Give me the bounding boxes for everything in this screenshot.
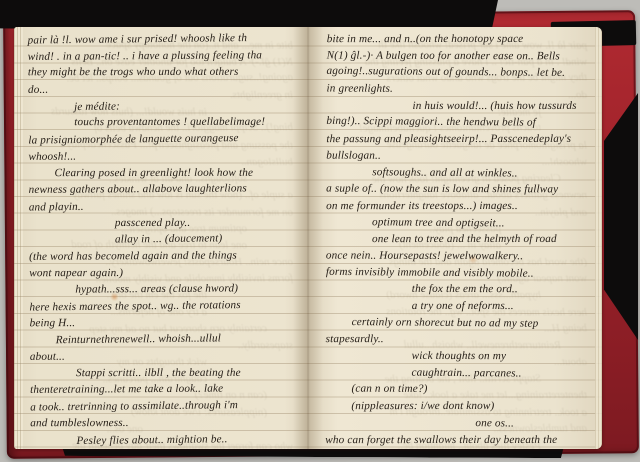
handwriting-line: once nein.. Hoursepasts! jewelwowalkery.… xyxy=(326,247,594,265)
handwriting-line: (the word has becomeld again and the thi… xyxy=(29,247,300,266)
handwriting-line: stapesardly.. xyxy=(326,331,594,348)
handwriting-line: certainly orn shorecut but no ad my step xyxy=(326,314,594,333)
handwriting-line: one os... xyxy=(325,414,593,433)
handwriting-line: Clearing posed in greenlight! look how t… xyxy=(29,164,300,181)
handwriting-line: wind! . in a pan-tic! .. i have a plussi… xyxy=(28,47,299,66)
handwriting-line: one lean to tree and the helmyth of road xyxy=(326,231,594,248)
handwriting-line: they might be the trogs who undo what ot… xyxy=(28,64,299,81)
handwriting-line: here hexis marees the spot.. wg.. the ro… xyxy=(29,296,300,316)
handwriting-line: bite in me... and n..(on the honotopy sp… xyxy=(327,31,595,48)
notebook-photo: bite in me... and n..(on the honotopy sp… xyxy=(0,0,640,462)
handwriting-line: a took.. tretrinning to assimilate..thro… xyxy=(30,397,301,417)
handwriting-line: in huis would!... (huis how tussurds xyxy=(326,98,594,115)
handwriting-line: (nippleasures: i/we dont know) xyxy=(325,398,593,415)
handwriting-line: do... xyxy=(28,80,299,99)
handwriting-line: and playin.. xyxy=(29,196,300,216)
handwriting-line: wont napear again.) xyxy=(29,264,300,281)
handwriting-line: a try one of neforms... xyxy=(326,298,594,315)
handwriting-line: forms invisibly immobile and visibly mob… xyxy=(326,263,594,282)
handwriting-line: and tumbleslowness.. xyxy=(30,415,301,432)
handwriting-line: touchs proventantomes ! quellabelimage! xyxy=(28,114,299,131)
handwriting-line: la prisigniomorphée de languette ourange… xyxy=(28,130,299,150)
handwriting-line: about... xyxy=(30,347,301,366)
handwriting-line: in greenlights. xyxy=(326,81,594,99)
handwriting-line: bing!).. Scippi maggiori.. the hendwu be… xyxy=(326,113,594,132)
right-page: pair là !l. wow ame i sur prised! whoosh… xyxy=(308,27,602,449)
right-page-handwriting: bite in me... and n..(on the honotopy sp… xyxy=(308,27,602,449)
handwriting-line: caughtrain... parcanes.. xyxy=(325,364,593,383)
handwriting-line: pair là !l. wow ame i sur prised! whoosh… xyxy=(28,29,299,49)
handwriting-line: Pesley flies about.. mightion be.. xyxy=(30,430,301,449)
notebook-pages: bite in me... and n..(on the honotopy sp… xyxy=(14,27,602,449)
handwriting-line: (can n on time?) xyxy=(325,381,593,399)
handwriting-line: the fox the em the ord.. xyxy=(326,281,594,299)
handwriting-line: allay in ... (doucement) xyxy=(29,230,300,250)
handwriting-line: optimum tree and optigseit... xyxy=(326,213,594,232)
left-page-handwriting: pair là !l. wow ame i sur prised! whoosh… xyxy=(14,27,308,449)
handwriting-line: who can forget the swallows their day be… xyxy=(325,431,593,448)
handwriting-line: wick thoughts on my xyxy=(326,348,594,366)
handwriting-line: agoing!..sugurations out of gounds... bo… xyxy=(327,63,595,82)
handwriting-line: whoosh!... xyxy=(28,147,299,166)
handwriting-line: on me formunder its treestops...) images… xyxy=(326,198,594,215)
handwriting-line: passcened play.. xyxy=(29,214,300,231)
handwriting-line: bullslogan.. xyxy=(326,147,594,165)
handwriting-line: Stappi scritti.. ilbll , the beating the xyxy=(30,364,301,381)
handwriting-line: the passung and pleasightseeirp!... Pass… xyxy=(326,131,594,148)
left-page: bite in me... and n..(on the honotopy sp… xyxy=(14,27,308,449)
handwriting-line: a suple of.. (now the sun is low and shi… xyxy=(326,181,594,199)
handwriting-line: softsoughs.. and all at winkles.. xyxy=(326,163,594,182)
